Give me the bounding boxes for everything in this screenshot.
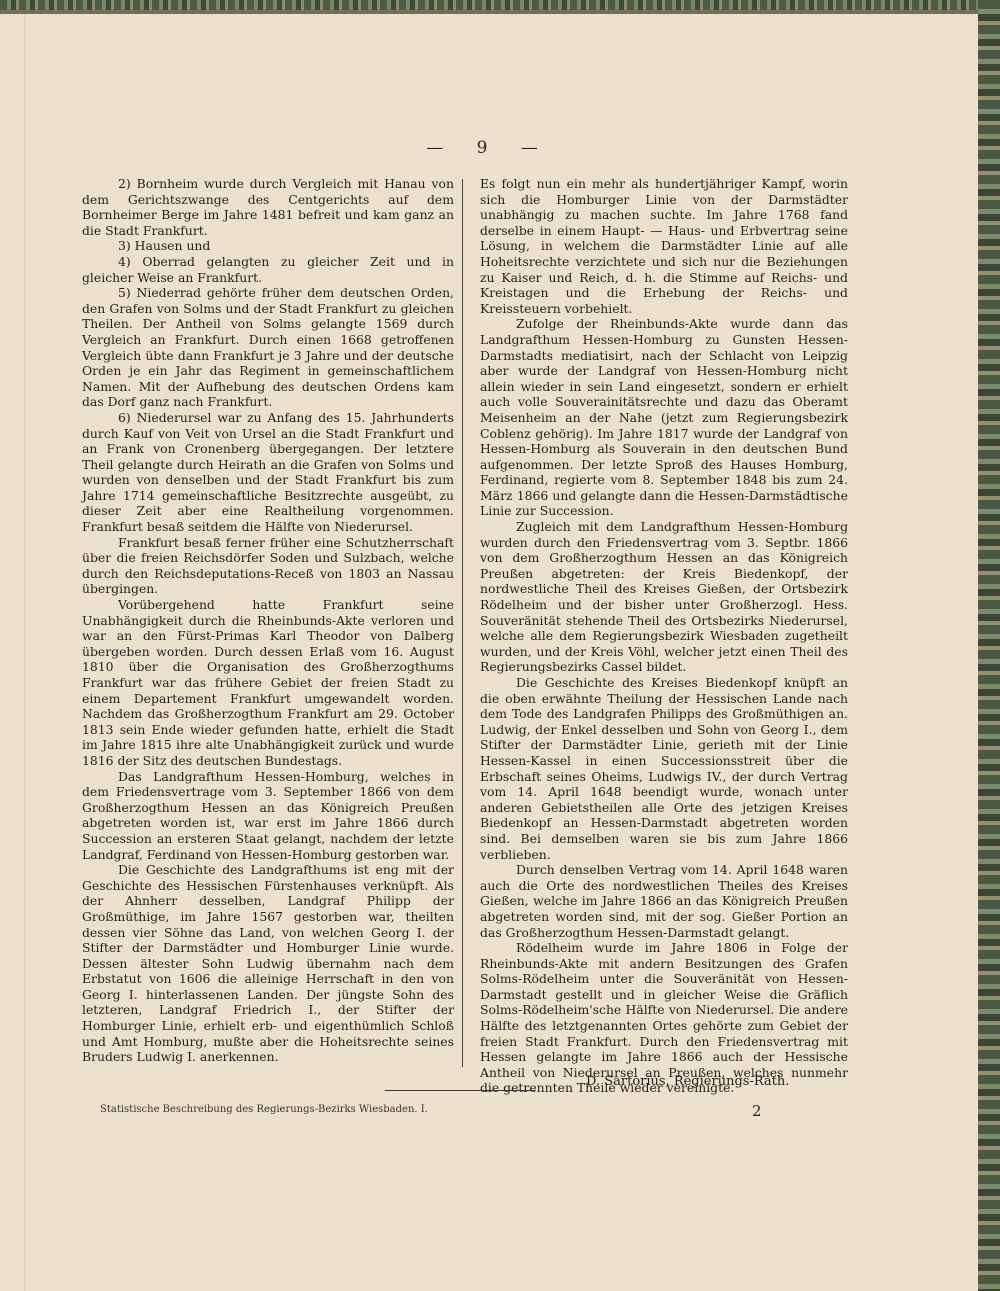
paragraph: 4) Oberrad gelangten zu gleicher Zeit un… bbox=[82, 254, 454, 285]
paragraph: 5) Niederrad gehörte früher dem deutsche… bbox=[82, 285, 454, 410]
footer-title: Statistische Beschreibung des Regierungs… bbox=[100, 1104, 428, 1115]
page-number: — 9 — bbox=[0, 138, 978, 158]
sheet-number: 2 bbox=[752, 1102, 762, 1120]
author-signature: D. Sartorius, Regierungs-Rath. bbox=[586, 1074, 789, 1089]
paragraph: Frankfurt besaß ferner früher eine Schut… bbox=[82, 535, 454, 597]
paragraph: Durch denselben Vertrag vom 14. April 16… bbox=[480, 862, 848, 940]
paragraph: Zugleich mit dem Landgrafthum Hessen-Hom… bbox=[480, 519, 848, 675]
paragraph: Vorübergehend hatte Frankfurt seine Unab… bbox=[82, 597, 454, 769]
paragraph: Das Landgrafthum Hessen-Homburg, welches… bbox=[82, 769, 454, 863]
paragraph: Rödelheim wurde im Jahre 1806 in Folge d… bbox=[480, 940, 848, 1096]
left-column: 2) Bornheim wurde durch Vergleich mit Ha… bbox=[82, 176, 454, 1065]
paragraph: 6) Niederursel war zu Anfang des 15. Jah… bbox=[82, 410, 454, 535]
paragraph: Die Geschichte des Landgrafthums ist eng… bbox=[82, 862, 454, 1065]
paragraph: 3) Hausen und bbox=[82, 238, 454, 254]
paragraph: Die Geschichte des Kreises Biedenkopf kn… bbox=[480, 675, 848, 862]
book-cover-edge-right bbox=[978, 0, 1000, 1291]
paragraph: Es folgt nun ein mehr als hundertjährige… bbox=[480, 176, 848, 316]
column-divider bbox=[462, 179, 463, 1067]
paragraph: 2) Bornheim wurde durch Vergleich mit Ha… bbox=[82, 176, 454, 238]
paragraph: Zufolge der Rheinbunds-Akte wurde dann d… bbox=[480, 316, 848, 519]
footer-rule bbox=[385, 1090, 535, 1091]
document-page: — 9 — 2) Bornheim wurde durch Vergleich … bbox=[0, 10, 978, 1291]
right-column: Es folgt nun ein mehr als hundertjährige… bbox=[480, 176, 848, 1096]
